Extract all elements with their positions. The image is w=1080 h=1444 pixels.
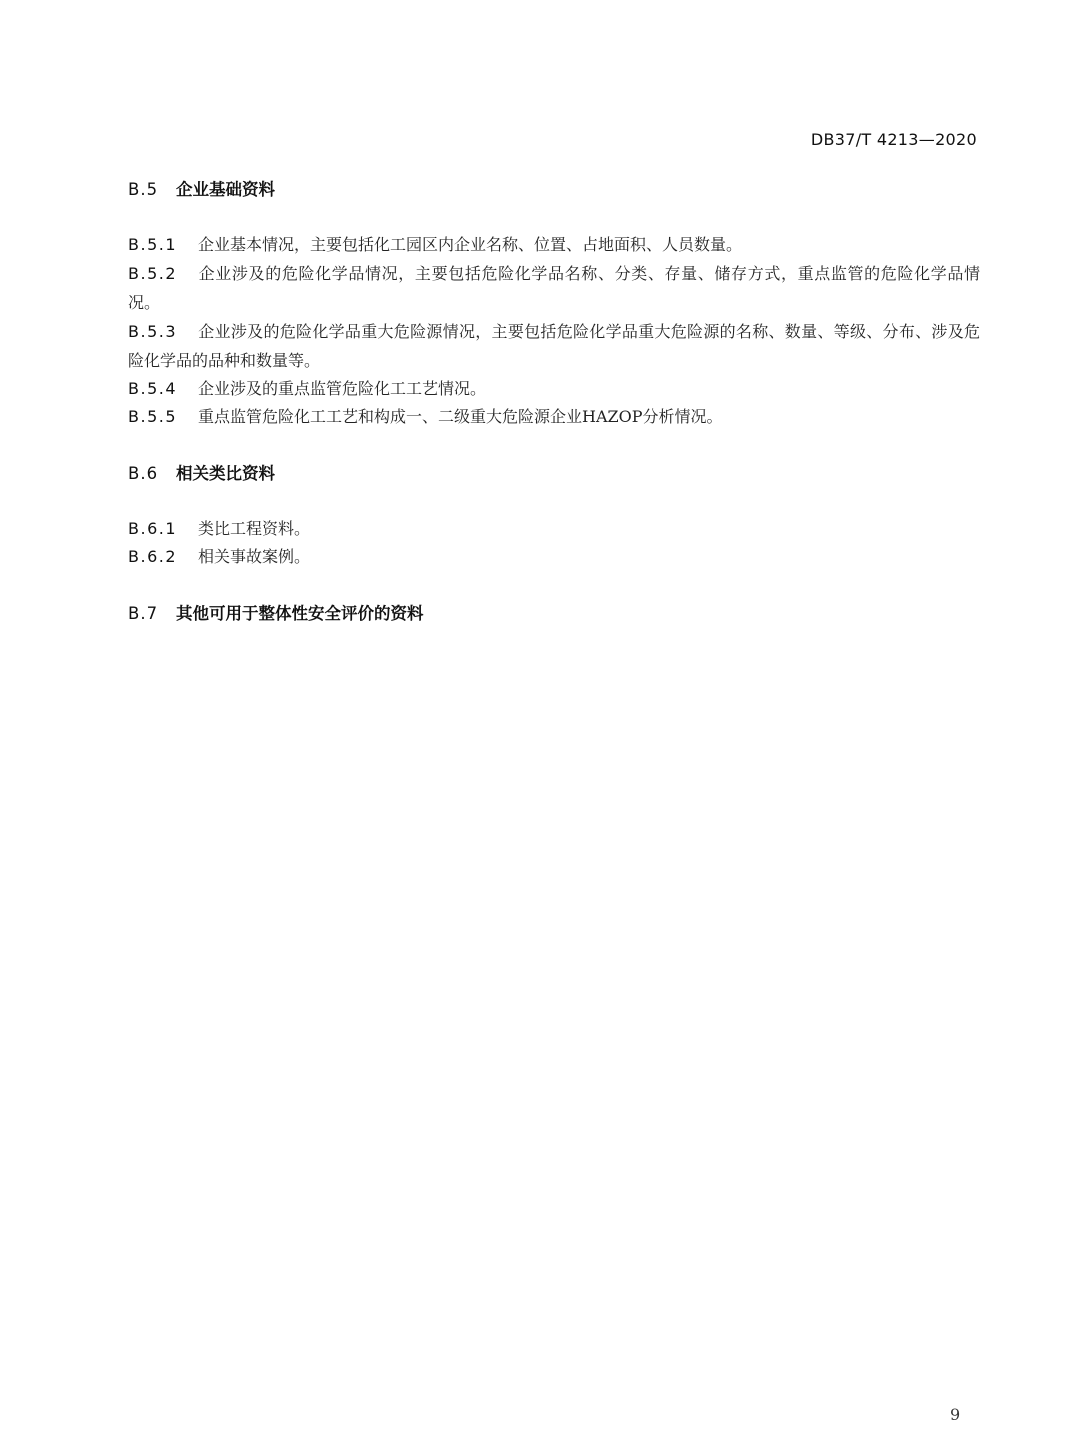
page-number: 9 <box>950 1405 960 1424</box>
clause-number: B.5.2 <box>128 259 198 288</box>
clause-number: B.6.1 <box>128 514 198 543</box>
clause-b5-5: B.5.5重点监管危险化工工艺和构成一、二级重大危险源企业HAZOP分析情况。 <box>128 402 980 431</box>
clause-number: B.5.5 <box>128 402 198 431</box>
section-title: 企业基础资料 <box>176 180 275 199</box>
clause-number: B.5.3 <box>128 317 198 346</box>
section-number: B.5 <box>128 180 176 199</box>
clause-text: 类比工程资料。 <box>198 519 310 538</box>
clause-text: 企业基本情况，主要包括化工园区内企业名称、位置、占地面积、人员数量。 <box>198 235 742 254</box>
clause-text: 企业涉及的危险化学品重大危险源情况，主要包括危险化学品重大危险源的名称、数量、等… <box>128 322 980 370</box>
section-title: 其他可用于整体性安全评价的资料 <box>176 604 424 623</box>
section-heading-b6: B.6相关类比资料 <box>128 460 275 484</box>
clause-text: 企业涉及的危险化学品情况，主要包括危险化学品名称、分类、存量、储存方式，重点监管… <box>128 264 980 312</box>
clause-b5-4: B.5.4企业涉及的重点监管危险化工工艺情况。 <box>128 374 980 403</box>
section-number: B.6 <box>128 464 176 483</box>
clause-text: 相关事故案例。 <box>198 547 310 566</box>
clause-number: B.5.4 <box>128 374 198 403</box>
clause-b5-2: B.5.2企业涉及的危险化学品情况，主要包括危险化学品名称、分类、存量、储存方式… <box>128 259 980 317</box>
clause-b5-3: B.5.3企业涉及的危险化学品重大危险源情况，主要包括危险化学品重大危险源的名称… <box>128 317 980 375</box>
clause-b5-1: B.5.1企业基本情况，主要包括化工园区内企业名称、位置、占地面积、人员数量。 <box>128 230 980 259</box>
section-heading-b7: B.7其他可用于整体性安全评价的资料 <box>128 600 424 624</box>
clause-text: 企业涉及的重点监管危险化工工艺情况。 <box>198 379 486 398</box>
standard-code-header: DB37/T 4213—2020 <box>811 130 977 149</box>
clause-text: 重点监管危险化工工艺和构成一、二级重大危险源企业HAZOP分析情况。 <box>198 407 723 426</box>
clause-number: B.5.1 <box>128 230 198 259</box>
clause-b6-2: B.6.2相关事故案例。 <box>128 542 980 571</box>
section-title: 相关类比资料 <box>176 464 275 483</box>
section-number: B.7 <box>128 604 176 623</box>
clause-number: B.6.2 <box>128 542 198 571</box>
section-heading-b5: B.5企业基础资料 <box>128 176 275 200</box>
clause-b6-1: B.6.1类比工程资料。 <box>128 514 980 543</box>
